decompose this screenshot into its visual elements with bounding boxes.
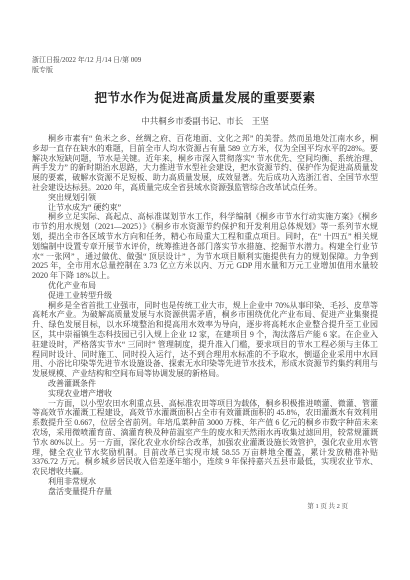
section-subhead: 利用非常规水 — [32, 477, 378, 487]
body-paragraph: 一方面，以小型农田水利重点县、高标准农田等项目为载体，桐乡积极推进喷灌、微灌、管… — [32, 399, 378, 477]
body-paragraph: 桐乡市素有“ 鱼米之乡、丝绸之府、百花地面、文化之邦” 的美誉。然而虽地处江南水… — [32, 134, 378, 193]
publication-source-line1: 浙江日报/2022 年/12 月/14 日/第 009 — [32, 55, 378, 65]
body-paragraph: 桐乡是全省首批工业强市，同时也是传统工业大市，规上企业中 70%从事印染、毛衫、… — [32, 301, 378, 379]
section-subhead: 突出规划引领 — [32, 193, 378, 203]
page-number-footer: 第 1 页 共 2 页 — [307, 501, 348, 510]
article-body: 桐乡市素有“ 鱼米之乡、丝绸之府、百花地面、文化之邦” 的美誉。然而虽地处江南水… — [32, 134, 378, 496]
section-subhead: 促进工业转型升级 — [32, 291, 378, 301]
body-paragraph: 桐乡立足实际、高起点、高标准谋划节水工作，科学编制《桐乡市节水行动实施方案》《桐… — [32, 212, 378, 281]
section-subhead: 盘活变量提升存量 — [32, 487, 378, 497]
publication-header: 浙江日报/2022 年/12 月/14 日/第 009 版专版 — [32, 55, 378, 75]
section-subhead: 实现农业增产增收 — [32, 389, 378, 399]
article-byline: 中共桐乡市委副书记、市长 王坚 — [32, 115, 378, 127]
section-subhead: 优化产业布局 — [32, 281, 378, 291]
document-page: 浙江日报/2022 年/12 月/14 日/第 009 版专版 把节水作为促进高… — [0, 0, 410, 580]
section-subhead: 让节水成为“ 硬约束” — [32, 203, 378, 213]
publication-source-line2: 版专版 — [32, 65, 378, 75]
article-title: 把节水作为促进高质量发展的重要要素 — [32, 88, 378, 106]
section-subhead: 改善灌溉条件 — [32, 379, 378, 389]
